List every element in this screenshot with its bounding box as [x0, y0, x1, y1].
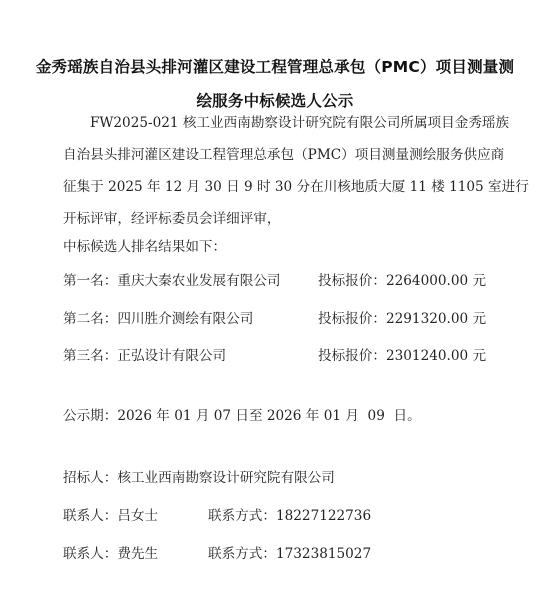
body-line-2: 自治县头排河灌区建设工程管理总承包（PMC）项目测量测绘服务供应商	[63, 146, 504, 164]
contact-name: 联系人：费先生	[63, 545, 158, 563]
publicity-period: 公示期：2026 年 01 月 07 日至 2026 年 01 月 09 日。	[63, 407, 421, 425]
contact-phone: 联系方式：17323815027	[208, 545, 371, 563]
title-line-1: 金秀瑶族自治县头排河灌区建设工程管理总承包（PMC）项目测量测	[0, 55, 550, 77]
candidate-price: 投标报价：2291320.00 元	[318, 310, 486, 328]
candidate-rank: 第一名：重庆大秦农业发展有限公司	[63, 272, 281, 290]
candidate-price: 投标报价：2301240.00 元	[318, 347, 486, 365]
body-line-3: 征集于 2025 年 12 月 30 日 9 时 30 分在川核地质大厦 11 …	[63, 178, 529, 196]
body-line-1: FW2025-021 核工业西南勘察设计研究院有限公司所属项目金秀瑶族	[90, 114, 509, 132]
candidate-rank: 第三名：正弘设计有限公司	[63, 347, 226, 365]
candidate-rank: 第二名：四川胜介测绘有限公司	[63, 310, 253, 328]
candidate-price: 投标报价：2264000.00 元	[318, 272, 486, 290]
body-line-4: 开标评审，经评标委员会详细评审，	[63, 210, 281, 228]
contact-name: 联系人：吕女士	[63, 507, 158, 525]
contact-phone: 联系方式：18227122736	[208, 507, 371, 525]
tenderer: 招标人：核工业西南勘察设计研究院有限公司	[63, 469, 335, 487]
body-line-5: 中标候选人排名结果如下：	[63, 238, 226, 256]
title-line-2: 绘服务中标候选人公示	[0, 89, 550, 111]
